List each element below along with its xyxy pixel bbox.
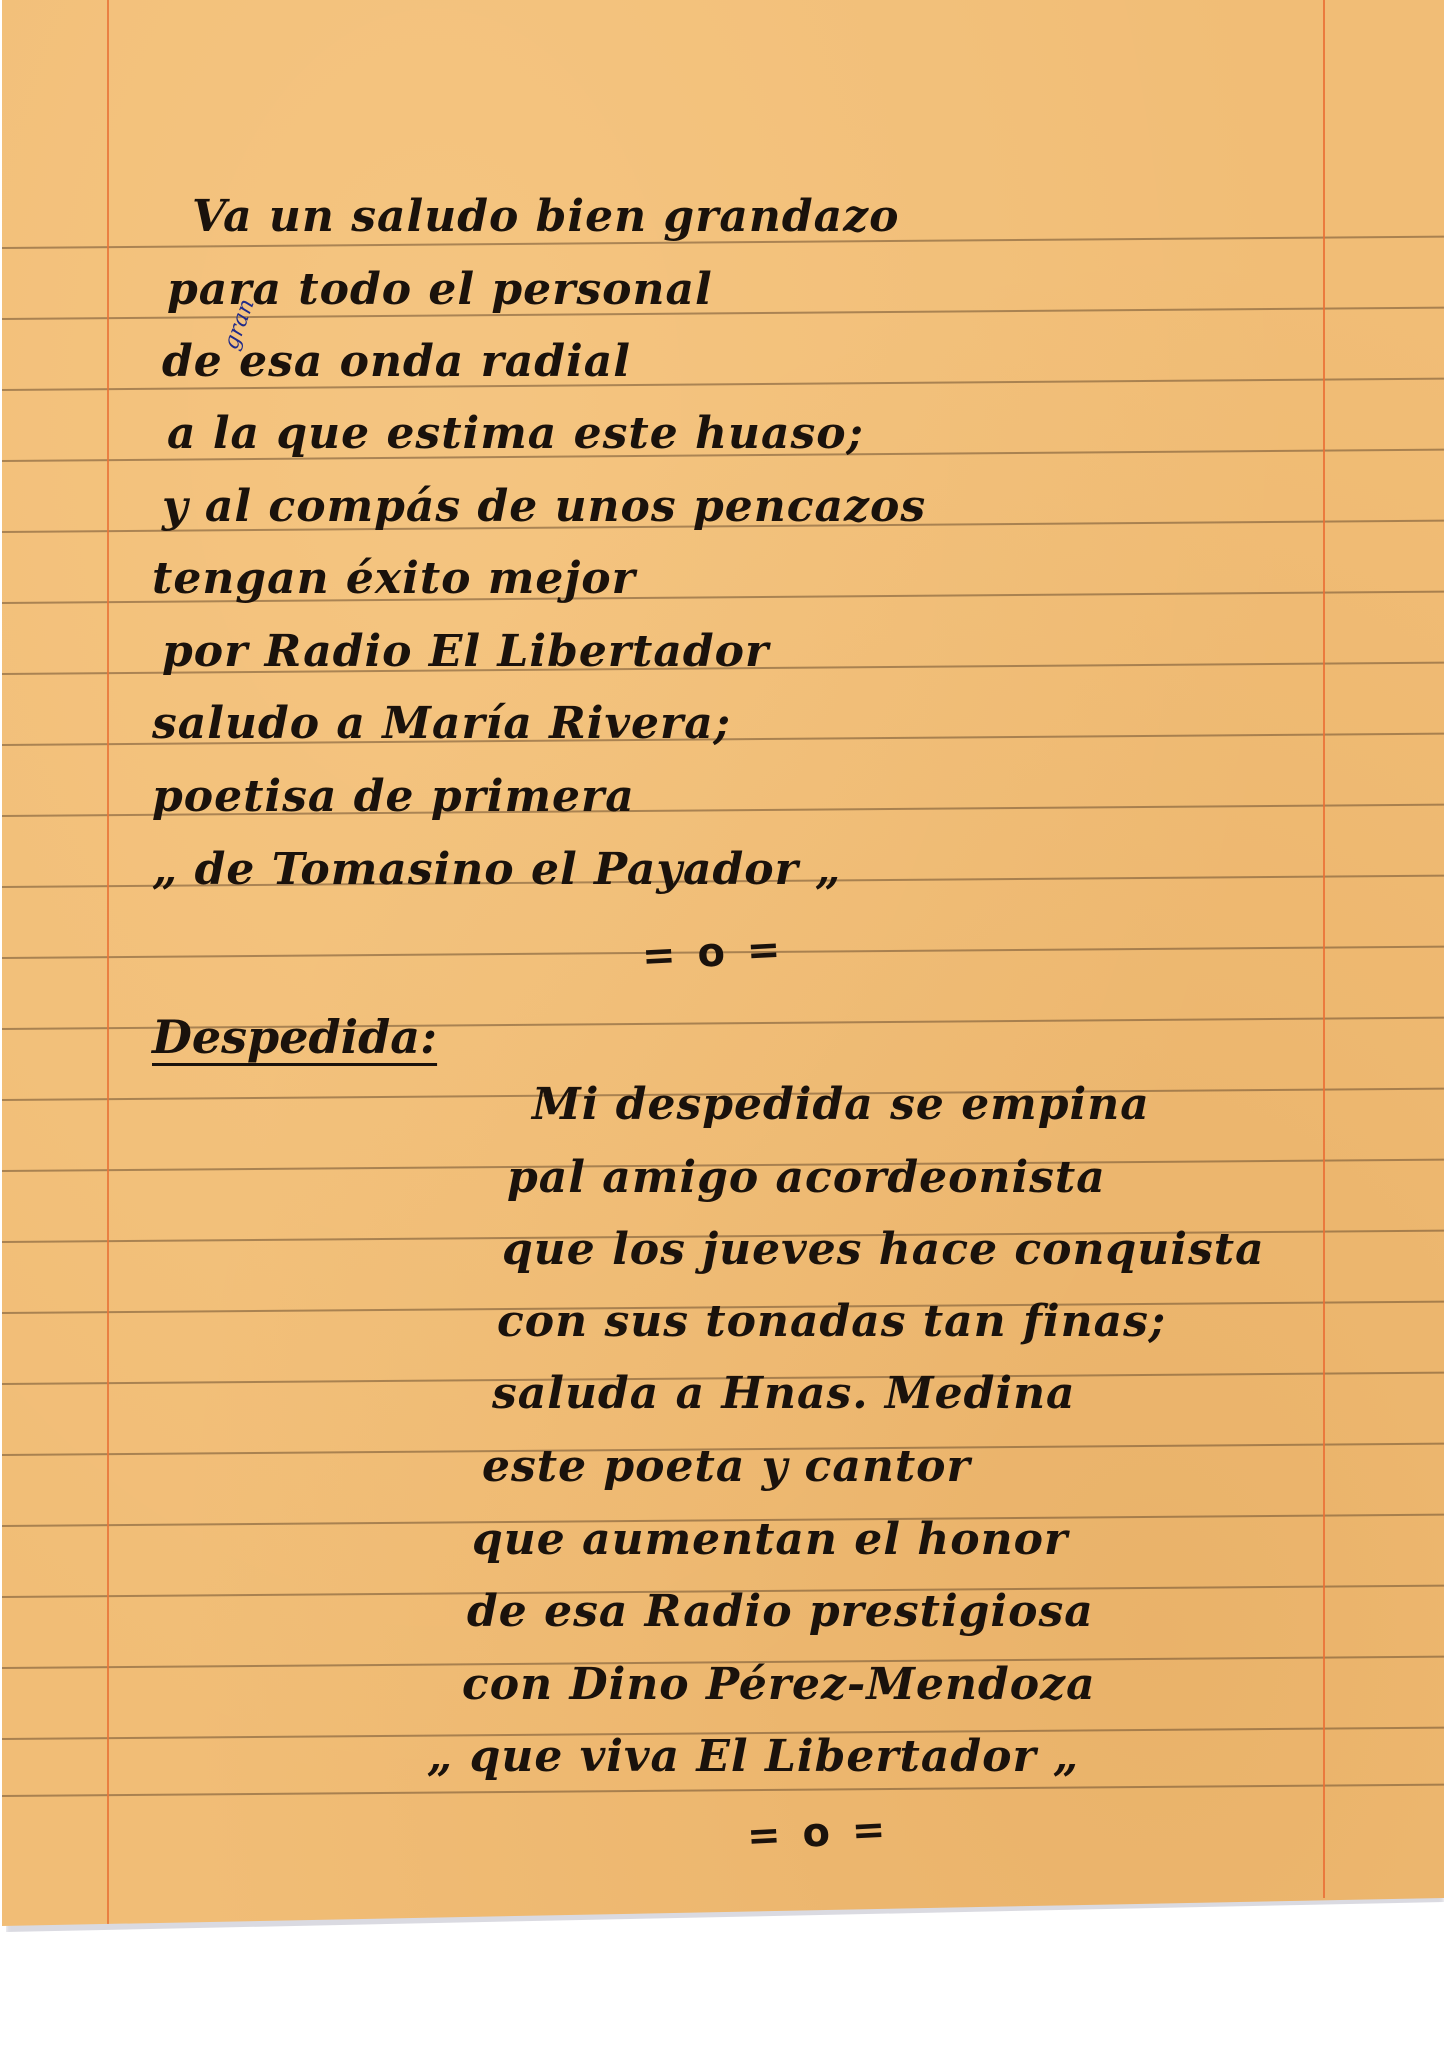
section-heading: Despedida: (152, 1010, 437, 1064)
verse-line: este poeta y cantor (482, 1445, 971, 1489)
verse-line: poetisa de primera (152, 775, 635, 819)
right-margin-line (1323, 0, 1325, 1898)
verse-line: por Radio El Libertador (162, 630, 769, 674)
verse-line: de esa Radio prestigiosa (467, 1590, 1094, 1634)
ruled-line (2, 1784, 1444, 1797)
verse-line: Va un saludo bien grandazo (192, 195, 899, 239)
verse-line: „ de Tomasino el Payador „ (152, 848, 841, 892)
handwritten-letter-page: Va un saludo bien grandazo para todo el … (2, 0, 1444, 2048)
verse-line: saluda a Hnas. Medina (492, 1372, 1076, 1416)
verse-line: que los jueves hace conquista (502, 1228, 1265, 1272)
verse-line: Mi despedida se empina (532, 1083, 1150, 1127)
verse-line: pal amigo acordeonista (507, 1156, 1106, 1200)
verse-line: que aumentan el honor (472, 1518, 1068, 1562)
verse-line: a la que estima este huaso; (167, 412, 864, 456)
closing-divider: = o = (746, 1806, 891, 1859)
verse-line: saludo a María Rivera; (152, 702, 731, 746)
verse-line: y al compás de unos pencazos (162, 485, 926, 529)
verse-line: con sus tonadas tan finas; (497, 1300, 1166, 1344)
left-margin-line (107, 0, 109, 1926)
verse-line: con Dino Pérez-Mendoza (462, 1663, 1096, 1707)
section-divider: = o = (641, 926, 786, 979)
verse-line: „ que viva El Libertador „ (427, 1735, 1079, 1779)
verse-line: tengan éxito mejor (152, 557, 636, 601)
